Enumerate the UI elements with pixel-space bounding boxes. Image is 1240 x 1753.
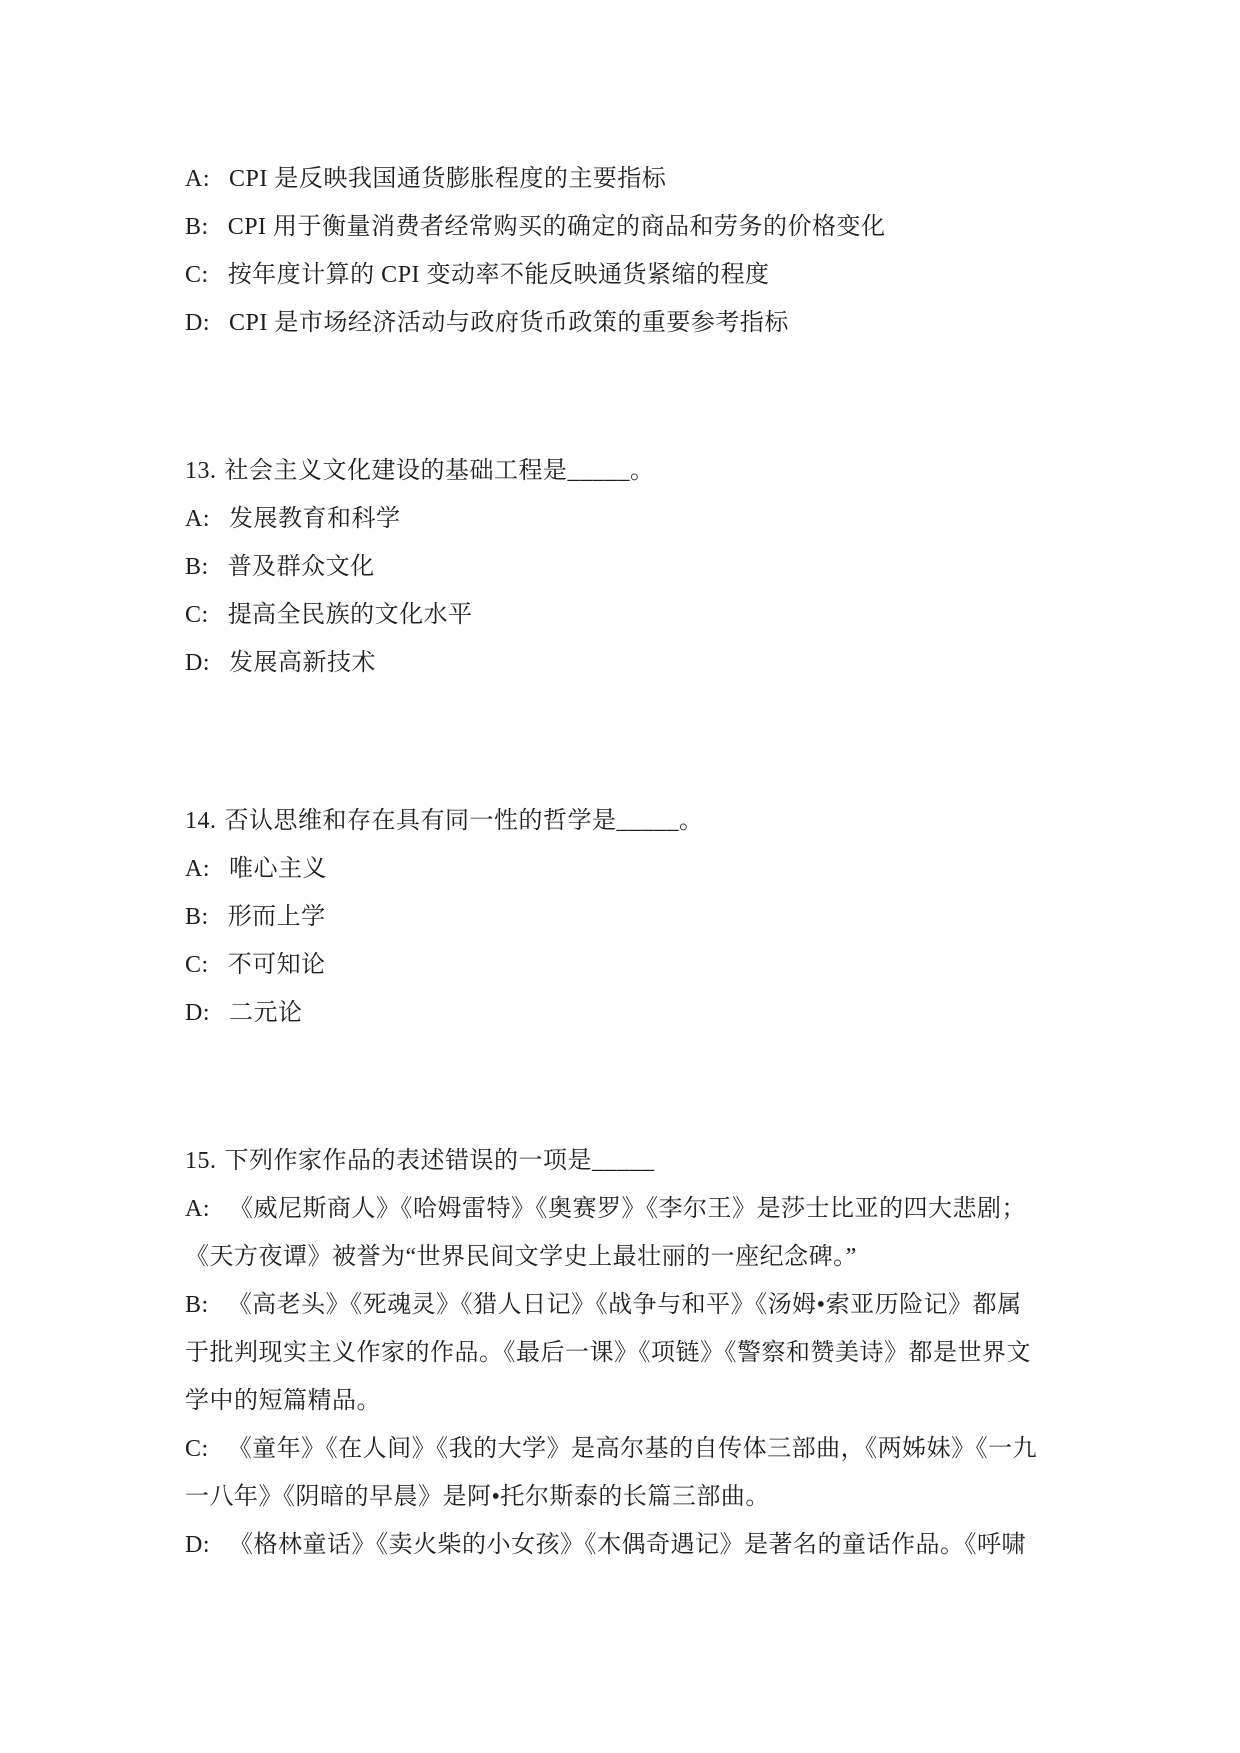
option-row: B:形而上学 [185,893,1160,941]
option-label: C: [185,602,209,628]
option-row: C:不可知论 [185,941,1160,989]
option-text: 《高老头》《死魂灵》《猎人日记》《战争与和平》《汤姆•索亚历险记》都属 [228,1292,1022,1318]
option-row: D:《格林童话》《卖火柴的小女孩》《木偶奇遇记》是著名的童话作品。《呼啸 [185,1521,1160,1569]
option-text: 发展教育和科学 [229,506,401,532]
option-text: CPI 用于衡量消费者经常购买的确定的商品和劳务的价格变化 [228,214,886,240]
option-continuation-line: 于批判现实主义作家的作品。《最后一课》《项链》《警察和赞美诗》都是世界文 [185,1329,1160,1377]
option-row: D:二元论 [185,989,1160,1037]
option-label: D: [185,310,210,336]
question-stem-row: 13.社会主义文化建设的基础工程是_____。 [185,447,1160,495]
question-number: 15. [185,1148,217,1174]
option-row: C:《童年》《在人间》《我的大学》是高尔基的自传体三部曲，《两姊妹》《一九 [185,1425,1160,1473]
question-number: 14. [185,808,217,834]
option-row: C:按年度计算的 CPI 变动率不能反映通货紧缩的程度 [185,251,1160,299]
option-text: 形而上学 [228,904,326,930]
option-continuation-line: 《天方夜谭》被誉为“世界民间文学史上最壮丽的一座纪念碑。” [185,1233,1160,1281]
option-row: B:《高老头》《死魂灵》《猎人日记》《战争与和平》《汤姆•索亚历险记》都属 [185,1281,1160,1329]
option-label: B: [185,554,209,580]
question-stem-row: 14.否认思维和存在具有同一性的哲学是_____。 [185,797,1160,845]
option-label: A: [185,1196,210,1222]
option-continuation-line: 一八年》《阴暗的早晨》是阿•托尔斯泰的长篇三部曲。 [185,1473,1160,1521]
option-label: A: [185,166,210,192]
option-text: 普及群众文化 [228,554,375,580]
option-text: 《格林童话》《卖火柴的小女孩》《木偶奇遇记》是著名的童话作品。《呼啸 [229,1532,1026,1558]
option-label: D: [185,1532,210,1558]
option-text: CPI 是市场经济活动与政府货币政策的重要参考指标 [229,310,789,336]
document-page: A:CPI 是反映我国通货膨胀程度的主要指标 B:CPI 用于衡量消费者经常购买… [0,0,1240,1753]
option-text: 不可知论 [228,952,326,978]
question-stem: 下列作家作品的表述错误的一项是_____ [225,1148,655,1174]
option-label: C: [185,952,209,978]
option-label: D: [185,1000,210,1026]
option-label: C: [185,1436,209,1462]
option-text: CPI 是反映我国通货膨胀程度的主要指标 [229,166,666,192]
question-stem-row: 15.下列作家作品的表述错误的一项是_____ [185,1137,1160,1185]
option-row: A:CPI 是反映我国通货膨胀程度的主要指标 [185,155,1160,203]
option-text: 发展高新技术 [229,650,376,676]
option-label: A: [185,506,210,532]
option-row: D:发展高新技术 [185,639,1160,687]
option-text: 二元论 [229,1000,303,1026]
option-continuation-line: 学中的短篇精品。 [185,1377,1160,1425]
question-block-14: 14.否认思维和存在具有同一性的哲学是_____。 A:唯心主义 B:形而上学 … [185,797,1160,1037]
option-row: C:提高全民族的文化水平 [185,591,1160,639]
option-text: 按年度计算的 CPI 变动率不能反映通货紧缩的程度 [228,262,770,288]
option-row: B:普及群众文化 [185,543,1160,591]
question-block-15: 15.下列作家作品的表述错误的一项是_____ A:《威尼斯商人》《哈姆雷特》《… [185,1137,1160,1569]
question-block-12-options: A:CPI 是反映我国通货膨胀程度的主要指标 B:CPI 用于衡量消费者经常购买… [185,155,1160,347]
option-text: 《童年》《在人间》《我的大学》是高尔基的自传体三部曲，《两姊妹》《一九 [228,1436,1038,1462]
option-label: D: [185,650,210,676]
option-row: D:CPI 是市场经济活动与政府货币政策的重要参考指标 [185,299,1160,347]
option-label: B: [185,904,209,930]
question-stem: 否认思维和存在具有同一性的哲学是_____。 [225,808,704,834]
option-label: C: [185,262,209,288]
option-row: A:发展教育和科学 [185,495,1160,543]
option-label: B: [185,1292,209,1318]
option-text: 提高全民族的文化水平 [228,602,473,628]
option-row: A:《威尼斯商人》《哈姆雷特》《奥赛罗》《李尔王》是莎士比亚的四大悲剧； [185,1185,1160,1233]
question-block-13: 13.社会主义文化建设的基础工程是_____。 A:发展教育和科学 B:普及群众… [185,447,1160,687]
option-label: B: [185,214,209,240]
option-text: 唯心主义 [229,856,327,882]
question-number: 13. [185,458,217,484]
option-text: 《威尼斯商人》《哈姆雷特》《奥赛罗》《李尔王》是莎士比亚的四大悲剧； [229,1196,1026,1222]
option-row: A:唯心主义 [185,845,1160,893]
question-stem: 社会主义文化建设的基础工程是_____。 [225,458,655,484]
option-row: B:CPI 用于衡量消费者经常购买的确定的商品和劳务的价格变化 [185,203,1160,251]
option-label: A: [185,856,210,882]
